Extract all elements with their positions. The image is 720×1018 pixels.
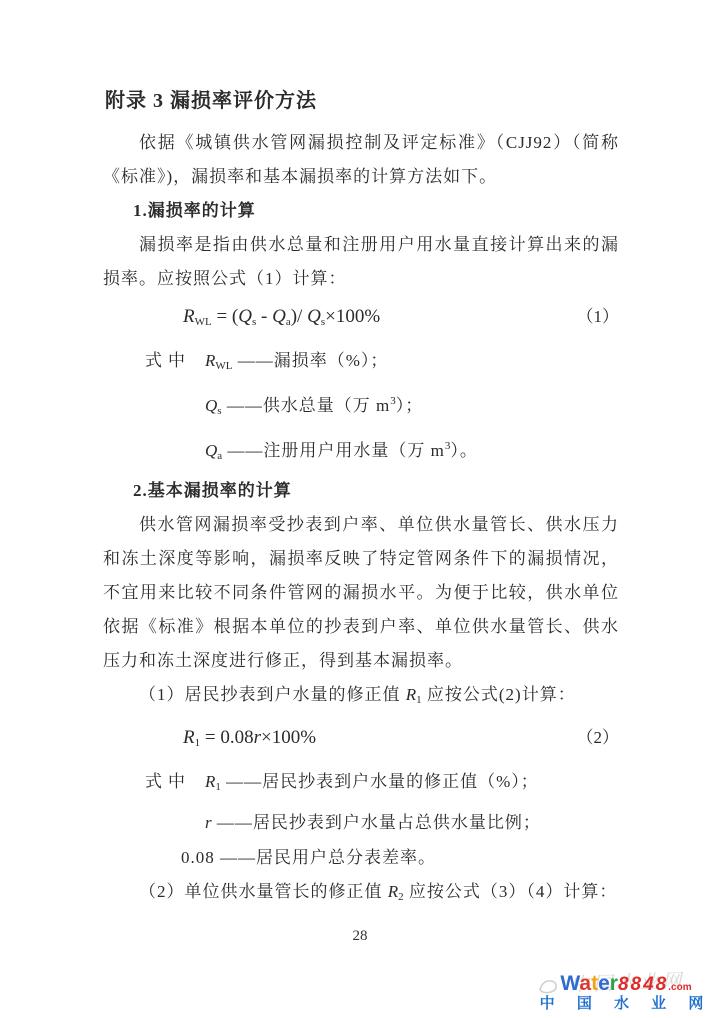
- formula-1-op: ×100%: [325, 306, 380, 327]
- definition-qs: Qs ——供水总量（万 m3）；: [103, 384, 619, 429]
- intro-paragraph: 依据《城镇供水管网漏损控制及评定标准》（CJJ92）（简称《标准》)，漏损率和基…: [103, 126, 619, 194]
- formula-2-op: ×100%: [261, 727, 316, 748]
- watermark-letter: e: [598, 972, 610, 995]
- formula-2: R1 = 0.08r×100% （2）: [103, 717, 619, 764]
- watermark-letter: W: [560, 972, 579, 995]
- def-text: ——居民用户总分表差率。: [215, 848, 436, 867]
- section1-paragraph: 漏损率是指由供水总量和注册用户用水量直接计算出来的漏损率。应按照公式（1）计算：: [103, 228, 619, 296]
- where-label: 式中: [145, 764, 191, 799]
- formula-1-op: = (: [212, 306, 239, 327]
- def-text: ——供水总量（万 m: [222, 396, 391, 415]
- definition-r1: 式中R1 ——居民抄表到户水量的修正值（%）；: [103, 764, 619, 805]
- formula-1-var: Q: [272, 306, 286, 327]
- item1-var: R: [406, 685, 416, 704]
- item2-text: 应按公式（3）（4）计算：: [404, 882, 618, 901]
- watermark-letter: r: [610, 972, 618, 995]
- document-body: 附录 3 漏损率评价方法 依据《城镇供水管网漏损控制及评定标准》（CJJ92）（…: [103, 84, 619, 914]
- watermark-dotcom: .com: [668, 982, 691, 993]
- def-var: Q: [205, 396, 217, 415]
- document-page: 附录 3 漏损率评价方法 依据《城镇供水管网漏损控制及评定标准》（CJJ92）（…: [0, 0, 720, 1018]
- where-label: 式中: [145, 343, 191, 378]
- formula-1-expression: RWL = (Qs - Qa)/ Qs×100%: [183, 296, 380, 343]
- watermark-site-name: 中 国 水 业 网: [536, 996, 716, 1013]
- formula-2-op: = 0.08: [200, 727, 253, 748]
- formula-2-expression: R1 = 0.08r×100%: [183, 717, 316, 764]
- formula-1-sub: WL: [195, 316, 212, 328]
- watermark-logo-text: Water8848.com: [536, 972, 716, 996]
- definition-008: 0.08 ——居民用户总分表差率。: [103, 840, 619, 875]
- def-text: ——注册用户用水量（万 m: [222, 441, 445, 460]
- definition-r: r ——居民抄表到户水量占总供水量比例；: [103, 805, 619, 840]
- def-var: R: [205, 351, 215, 370]
- formula-1-var: Q: [238, 306, 252, 327]
- section1-heading: 1.漏损率的计算: [103, 194, 619, 228]
- formula-1-var: R: [183, 306, 195, 327]
- section2-item2: （2）单位供水量管长的修正值 R2 应按公式（3）（4）计算：: [103, 875, 619, 914]
- formula-1: RWL = (Qs - Qa)/ Qs×100% （1）: [103, 296, 619, 343]
- section2-item1: （1）居民抄表到户水量的修正值 R1 应按公式(2)计算：: [103, 678, 619, 717]
- equation-1-number: （1）: [577, 296, 620, 338]
- item2-var: R: [388, 882, 398, 901]
- formula-2-var: R: [183, 727, 195, 748]
- def-var: Q: [205, 441, 217, 460]
- equation-2-number: （2）: [577, 717, 620, 759]
- formula-2-var: r: [254, 727, 261, 748]
- formula-1-op: )/: [291, 306, 307, 327]
- def-text: ）；: [396, 396, 424, 415]
- item1-text: 应按公式(2)计算：: [422, 685, 576, 704]
- watermark-8848: 8848: [618, 974, 668, 995]
- page-title: 附录 3 漏损率评价方法: [105, 84, 619, 113]
- def-var: R: [205, 772, 215, 791]
- section2-paragraph: 供水管网漏损率受抄表到户率、单位供水量管长、供水压力和冻土深度等影响，漏损率反映…: [103, 508, 619, 678]
- def-text: ——居民抄表到户水量的修正值（%）；: [221, 772, 539, 791]
- item1-text: （1）居民抄表到户水量的修正值: [139, 685, 406, 704]
- page-number: 28: [0, 928, 720, 945]
- watermark: 中国水业网 Water8848.com 中 国 水 业 网: [536, 972, 716, 1012]
- def-var: r: [205, 813, 212, 832]
- definition-rwl: 式中RWL ——漏损率（%）；: [103, 343, 619, 384]
- def-text: ）。: [450, 441, 478, 460]
- formula-1-var: Q: [307, 306, 321, 327]
- def-sub: WL: [215, 360, 232, 372]
- definition-qa: Qa ——注册用户用水量（万 m3）。: [103, 429, 619, 474]
- def-text: ——漏损率（%）；: [233, 351, 389, 370]
- def-text: ——居民抄表到户水量占总供水量比例；: [212, 813, 541, 832]
- section2-heading: 2.基本漏损率的计算: [103, 474, 619, 508]
- formula-1-op: -: [256, 306, 272, 327]
- item2-text: （2）单位供水量管长的修正值: [139, 882, 388, 901]
- def-var: 0.08: [181, 848, 215, 867]
- watermark-letter: a: [579, 972, 591, 995]
